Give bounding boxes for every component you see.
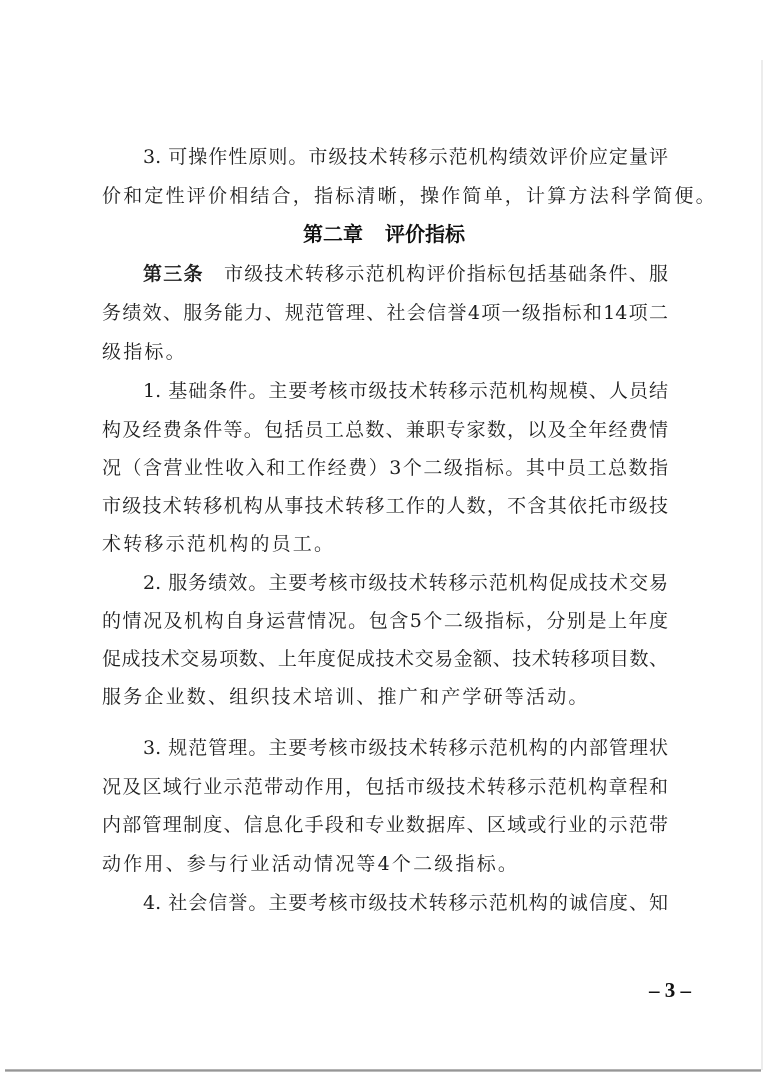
- item-2-line-4: 服务企业数、组织技术培训、推广和产学研等活动。: [102, 682, 668, 712]
- item-3-line-2: 况及区域行业示范带动作用，包括市级技术转移示范机构章程和: [102, 772, 668, 802]
- item-3-line-3: 内部管理制度、信息化手段和专业数据库、区域或行业的示范带: [102, 810, 668, 840]
- article-3-text-1: 市级技术转移示范机构评价指标包括基础条件、服: [223, 263, 668, 285]
- chapter-title: 评价指标: [385, 219, 465, 249]
- item-2-line-1: 2. 服务绩效。主要考核市级技术转移示范机构促成技术交易: [143, 568, 668, 598]
- item-2-line-3: 促成技术交易项数、上年度促成技术交易金额、技术转移项目数、: [102, 644, 668, 674]
- article-3-line-3: 级指标。: [102, 337, 668, 367]
- item-1-line-2: 构及经费条件等。包括员工总数、兼职专家数，以及全年经费情: [102, 415, 668, 445]
- article-3-line-1: 第三条 市级技术转移示范机构评价指标包括基础条件、服: [143, 259, 668, 289]
- chapter-heading: 第二章评价指标: [0, 219, 768, 249]
- paragraph-operability-line-2: 价和定性评价相结合，指标清晰，操作简单，计算方法科学简便。: [102, 181, 668, 211]
- item-4-line-1: 4. 社会信誉。主要考核市级技术转移示范机构的诚信度、知: [143, 888, 668, 918]
- page-number: – 3 –: [620, 975, 720, 1005]
- page-edge-bottom: [5, 1069, 761, 1072]
- item-1-line-1: 1. 基础条件。主要考核市级技术转移示范机构规模、人员结: [143, 376, 668, 406]
- item-3-line-4: 动作用、参与行业活动情况等4个二级指标。: [102, 849, 668, 879]
- article-3-line-2: 务绩效、服务能力、规范管理、社会信誉4项一级指标和14项二: [102, 298, 668, 328]
- item-2-line-2: 的情况及机构自身运营情况。包含5个二级指标，分别是上年度: [102, 606, 668, 636]
- paragraph-operability-line-1: 3. 可操作性原则。市级技术转移示范机构绩效评价应定量评: [143, 142, 668, 172]
- item-1-line-3: 况（含营业性收入和工作经费）3个二级指标。其中员工总数指: [102, 453, 668, 483]
- chapter-number: 第二章: [303, 219, 363, 249]
- item-3-line-1: 3. 规范管理。主要考核市级技术转移示范机构的内部管理状: [143, 733, 668, 763]
- page-edge-right: [761, 60, 763, 1070]
- article-3-label: 第三条: [143, 263, 204, 285]
- document-page: 3. 可操作性原则。市级技术转移示范机构绩效评价应定量评 价和定性评价相结合，指…: [0, 0, 768, 1081]
- item-1-line-5: 术转移示范机构的员工。: [102, 529, 668, 559]
- item-1-line-4: 市级技术转移机构从事技术转移工作的人数，不含其依托市级技: [102, 491, 668, 521]
